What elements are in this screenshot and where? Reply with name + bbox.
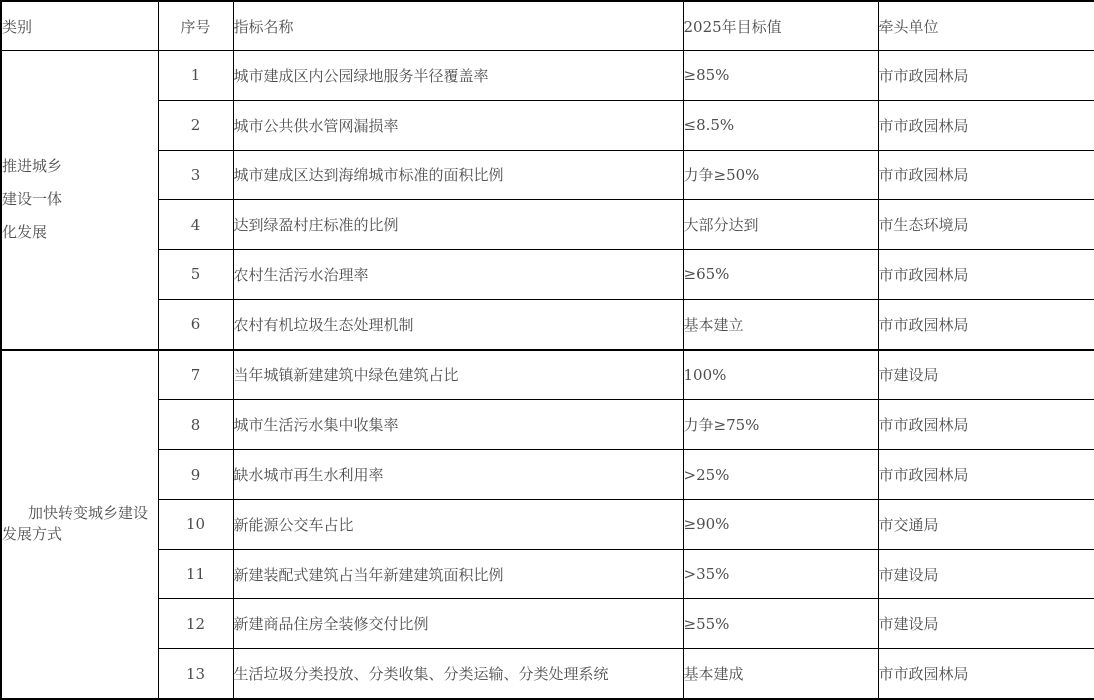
indicator-name-cell: 新建装配式建筑占当年新建建筑面积比例 bbox=[233, 549, 683, 599]
header-target: 2025年目标值 bbox=[683, 1, 878, 51]
row-number-cell: 13 bbox=[158, 649, 233, 699]
table-row: 10 新能源公交车占比 ≥90% 市交通局 bbox=[1, 499, 1094, 549]
indicator-name-cell: 农村有机垃圾生态处理机制 bbox=[233, 299, 683, 349]
row-number-cell: 10 bbox=[158, 499, 233, 549]
table-row: 加快转变城乡建设发展方式 7 当年城镇新建建筑中绿色建筑占比 100% 市建设局 bbox=[1, 350, 1094, 400]
indicator-table: 类别 序号 指标名称 2025年目标值 牵头单位 推进城乡 建设一体 化发展 1… bbox=[0, 0, 1094, 700]
header-num: 序号 bbox=[158, 1, 233, 51]
target-value-cell: ≤8.5% bbox=[683, 100, 878, 150]
header-unit: 牵头单位 bbox=[878, 1, 1094, 51]
target-value-cell: 大部分达到 bbox=[683, 200, 878, 250]
indicator-name-cell: 生活垃圾分类投放、分类收集、分类运输、分类处理系统 bbox=[233, 649, 683, 699]
row-number-cell: 12 bbox=[158, 599, 233, 649]
lead-unit-cell: 市市政园林局 bbox=[878, 450, 1094, 500]
indicator-name-cell: 农村生活污水治理率 bbox=[233, 250, 683, 300]
table-row: 11 新建装配式建筑占当年新建建筑面积比例 >35% 市建设局 bbox=[1, 549, 1094, 599]
table-row: 12 新建商品住房全装修交付比例 ≥55% 市建设局 bbox=[1, 599, 1094, 649]
row-number-cell: 7 bbox=[158, 350, 233, 400]
row-number-cell: 8 bbox=[158, 400, 233, 450]
category-cell: 推进城乡 建设一体 化发展 bbox=[1, 51, 158, 350]
lead-unit-cell: 市市政园林局 bbox=[878, 250, 1094, 300]
indicator-table-container: 类别 序号 指标名称 2025年目标值 牵头单位 推进城乡 建设一体 化发展 1… bbox=[0, 0, 1094, 700]
target-value-cell: ≥55% bbox=[683, 599, 878, 649]
header-category: 类别 bbox=[1, 1, 158, 51]
indicator-name-cell: 城市公共供水管网漏损率 bbox=[233, 100, 683, 150]
table-row: 6 农村有机垃圾生态处理机制 基本建立 市市政园林局 bbox=[1, 299, 1094, 349]
indicator-name-cell: 新能源公交车占比 bbox=[233, 499, 683, 549]
row-number-cell: 4 bbox=[158, 200, 233, 250]
indicator-name-cell: 达到绿盈村庄标准的比例 bbox=[233, 200, 683, 250]
header-row: 类别 序号 指标名称 2025年目标值 牵头单位 bbox=[1, 1, 1094, 51]
row-number-cell: 9 bbox=[158, 450, 233, 500]
target-value-cell: >35% bbox=[683, 549, 878, 599]
lead-unit-cell: 市市政园林局 bbox=[878, 400, 1094, 450]
table-row: 3 城市建成区达到海绵城市标准的面积比例 力争≥50% 市市政园林局 bbox=[1, 150, 1094, 200]
indicator-name-cell: 当年城镇新建建筑中绿色建筑占比 bbox=[233, 350, 683, 400]
lead-unit-cell: 市交通局 bbox=[878, 499, 1094, 549]
lead-unit-cell: 市市政园林局 bbox=[878, 100, 1094, 150]
lead-unit-cell: 市生态环境局 bbox=[878, 200, 1094, 250]
table-row: 4 达到绿盈村庄标准的比例 大部分达到 市生态环境局 bbox=[1, 200, 1094, 250]
target-value-cell: 基本建成 bbox=[683, 649, 878, 699]
table-row: 2 城市公共供水管网漏损率 ≤8.5% 市市政园林局 bbox=[1, 100, 1094, 150]
table-row: 5 农村生活污水治理率 ≥65% 市市政园林局 bbox=[1, 250, 1094, 300]
target-value-cell: ≥65% bbox=[683, 250, 878, 300]
row-number-cell: 6 bbox=[158, 299, 233, 349]
table-row: 9 缺水城市再生水利用率 >25% 市市政园林局 bbox=[1, 450, 1094, 500]
target-value-cell: ≥85% bbox=[683, 51, 878, 101]
row-number-cell: 1 bbox=[158, 51, 233, 101]
indicator-name-cell: 城市生活污水集中收集率 bbox=[233, 400, 683, 450]
table-row: 8 城市生活污水集中收集率 力争≥75% 市市政园林局 bbox=[1, 400, 1094, 450]
indicator-name-cell: 新建商品住房全装修交付比例 bbox=[233, 599, 683, 649]
header-name: 指标名称 bbox=[233, 1, 683, 51]
lead-unit-cell: 市市政园林局 bbox=[878, 299, 1094, 349]
lead-unit-cell: 市市政园林局 bbox=[878, 51, 1094, 101]
indicator-name-cell: 城市建成区达到海绵城市标准的面积比例 bbox=[233, 150, 683, 200]
lead-unit-cell: 市建设局 bbox=[878, 549, 1094, 599]
lead-unit-cell: 市市政园林局 bbox=[878, 150, 1094, 200]
target-value-cell: 100% bbox=[683, 350, 878, 400]
target-value-cell: >25% bbox=[683, 450, 878, 500]
lead-unit-cell: 市建设局 bbox=[878, 599, 1094, 649]
row-number-cell: 11 bbox=[158, 549, 233, 599]
lead-unit-cell: 市市政园林局 bbox=[878, 649, 1094, 699]
target-value-cell: 力争≥50% bbox=[683, 150, 878, 200]
table-row: 推进城乡 建设一体 化发展 1 城市建成区内公园绿地服务半径覆盖率 ≥85% 市… bbox=[1, 51, 1094, 101]
row-number-cell: 2 bbox=[158, 100, 233, 150]
target-value-cell: 基本建立 bbox=[683, 299, 878, 349]
target-value-cell: ≥90% bbox=[683, 499, 878, 549]
indicator-name-cell: 城市建成区内公园绿地服务半径覆盖率 bbox=[233, 51, 683, 101]
row-number-cell: 5 bbox=[158, 250, 233, 300]
table-row: 13 生活垃圾分类投放、分类收集、分类运输、分类处理系统 基本建成 市市政园林局 bbox=[1, 649, 1094, 699]
lead-unit-cell: 市建设局 bbox=[878, 350, 1094, 400]
target-value-cell: 力争≥75% bbox=[683, 400, 878, 450]
indicator-name-cell: 缺水城市再生水利用率 bbox=[233, 450, 683, 500]
row-number-cell: 3 bbox=[158, 150, 233, 200]
category-cell: 加快转变城乡建设发展方式 bbox=[1, 350, 158, 699]
